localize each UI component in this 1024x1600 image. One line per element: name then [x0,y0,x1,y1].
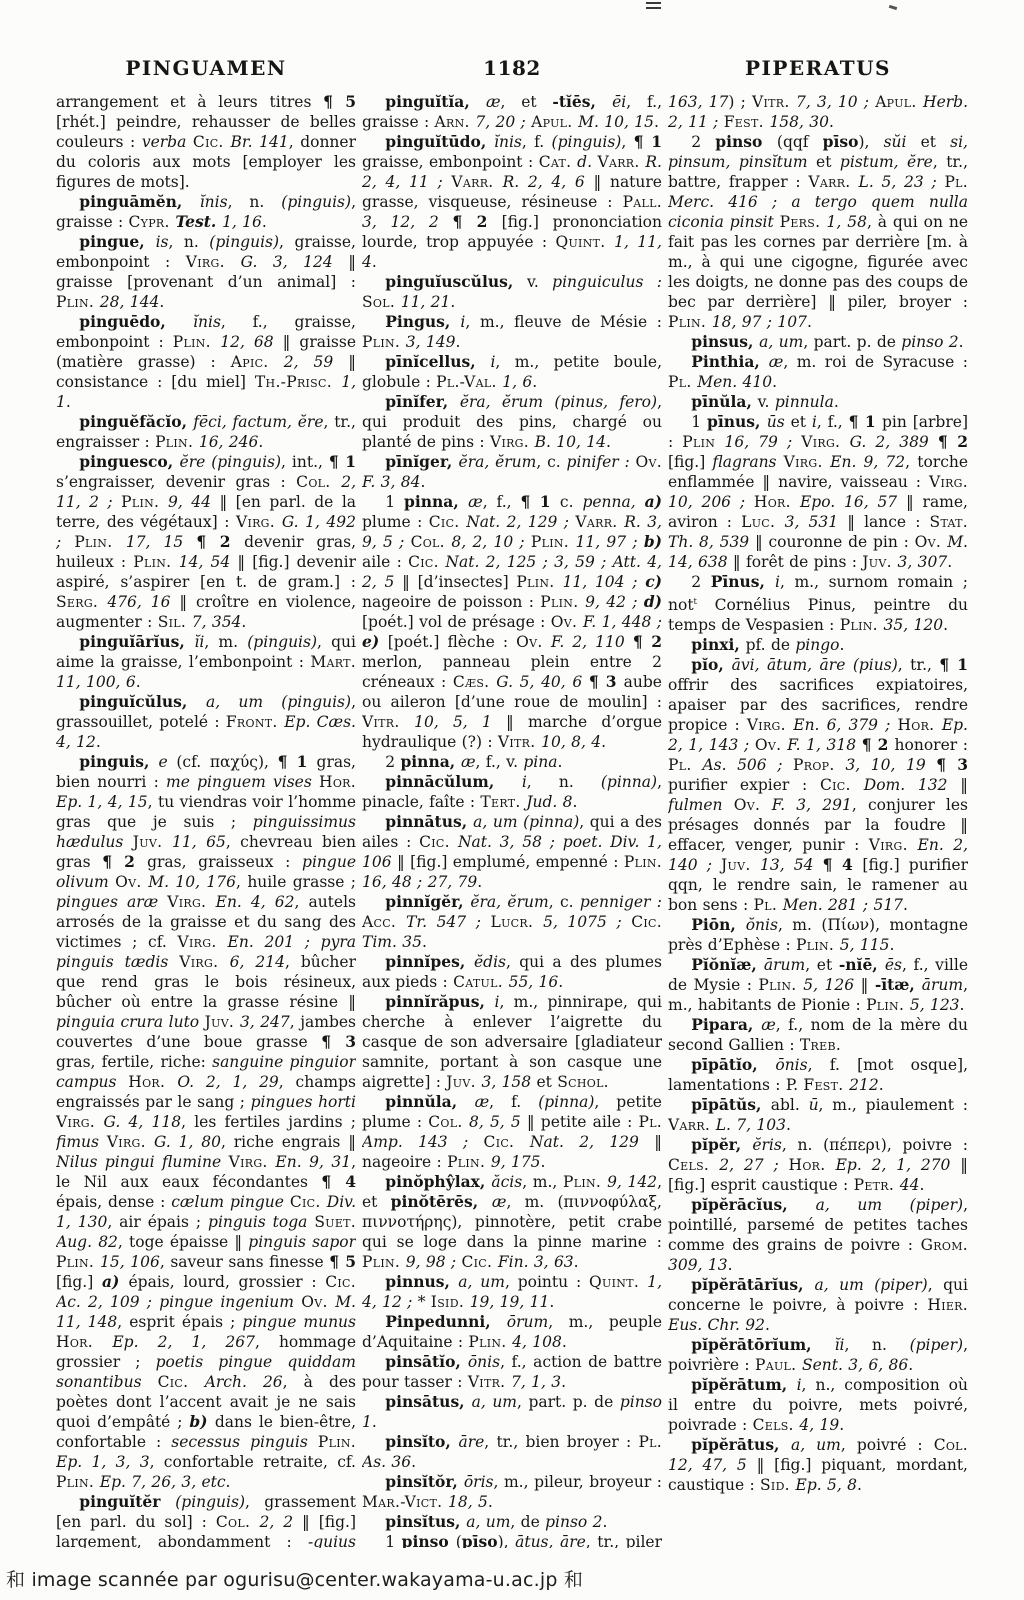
text-run: , riche engrais ‖ [221,1133,356,1151]
text-run: Ep. 7, 26, 3, etc. [100,1473,231,1491]
text-run: , f., [817,413,849,431]
text-run: Pinpedunni, [385,1312,507,1331]
text-run: fēci, factum, ĕre [193,413,323,431]
text-run: Pl. [668,756,702,774]
text-run: graisse, embonpoint : [362,153,539,171]
text-run: 8, 2, 10 ; [451,533,530,551]
text-run: 5, 126 [803,976,854,994]
text-run: . [834,393,839,411]
text-run: . [549,1293,554,1311]
text-run: . [601,733,606,751]
text-run: Plin. [362,333,406,351]
text-run: (pinguis) [247,633,317,651]
entry-paragraph: pinguĭārĭus, ĭi, m. (pinguis), qui aime … [56,632,356,692]
text-run: pinnŭla, [385,1092,474,1111]
text-run: pinsātus, [385,1392,471,1411]
text-run: 35, 120 [884,616,944,634]
text-run: Pĭŏnĭæ, [691,955,764,974]
text-run: M. 10, 15 [578,113,654,131]
text-run: 3, 12, 2 [362,213,453,231]
text-run: pingue munus [242,1313,356,1331]
text-run: . [606,433,611,451]
text-run: v. [758,393,775,411]
text-run: Hier. [927,1296,968,1314]
text-run: Cels. [753,1416,800,1434]
entry-paragraph: 1 pinna, æ, f., ¶ 1 c. penna, a) plume :… [362,492,662,752]
entry-paragraph: pīnĭfer, ĕra, ĕrum (pinus, fero), qui pr… [362,392,662,452]
entry-paragraph: pīnĭcellus, i, m., petite boule, globule… [362,352,662,392]
text-run: 11, 21 [401,293,451,311]
entry-paragraph: pĭpĕrātārĭus, a, um (piper), qui concern… [668,1275,968,1335]
text-run: Pl.-Val. [436,373,502,391]
text-run: ū [809,1096,819,1114]
text-run: Ep. 2, 1, 267 [112,1333,255,1351]
text-run: Ep. 1, 4, 15 [56,793,148,811]
text-run: 16, 246 [199,433,259,451]
text-run: 1, 6 [502,373,532,391]
text-run: Sil. [158,613,192,631]
text-run: ăcis [491,1173,522,1191]
text-run: pinguis sapor [248,1233,356,1251]
text-run: Ov. [734,796,772,814]
text-run: æ [475,1093,490,1111]
text-run: Cic. [193,133,231,151]
scan-artifact [646,2,661,4]
text-run: Apul. [875,93,923,111]
text-run: Pl. [754,896,783,914]
text-run: Virg. [236,513,282,531]
text-run: plume : [362,513,429,531]
text-run: pĭpĕrātōrĭum, [691,1335,834,1354]
text-run: 3, 149 [406,333,456,351]
text-run: -tĭēs, [552,92,612,111]
text-run: -ītæ, [875,975,922,994]
text-run: pinsus, [691,332,759,351]
entry-paragraph: pinnĭpes, ĕdis, qui a des plumes aux pie… [362,952,662,992]
text-run: . [411,1453,416,1471]
text-run: O. 2, 1, 29 [177,1073,278,1091]
entry-paragraph: pinguĭtĭa, æ, et -tĭēs, ēi, f., graisse … [362,92,662,132]
text-run: 3, 10, 19 [845,756,936,774]
text-run: 14, 54 [179,553,230,571]
text-run: (piper) [910,1336,963,1354]
text-run: 3, 531 [785,513,838,531]
text-run: Plin [682,433,724,451]
text-run: ¶ 1 [634,132,662,151]
entry-paragraph: pīnŭla, v. pinnula. [668,392,968,412]
text-run: Tert. [480,793,526,811]
text-run: Virg. [929,473,968,491]
text-run: 18, 5 [448,1493,488,1511]
text-run: ‖ [fig.] emplumé, empenné : [392,853,624,871]
text-run: pinguĭcŭlus, [79,692,206,711]
text-run: 11, 100, 6 [56,673,136,691]
text-run: ¶ 3 [321,1032,356,1051]
text-run: , int., [281,453,329,471]
text-run: 9, 98 ; [406,1253,462,1271]
text-run: pinsĭtus, [385,1512,466,1531]
text-run: s’engraisser, devenir gras : [56,473,296,491]
text-run: Cypr. [129,213,176,231]
entry-paragraph: pĭpĕrātus, a, um, poivré : Col. 12, 47, … [668,1435,968,1495]
text-run: ¶ 2 [453,212,502,231]
text-run: 1 [691,413,707,431]
text-run: ¶ 4 [823,855,863,874]
text-run: . [532,373,537,391]
text-run: pinŏtērēs, [391,1192,492,1211]
text-run: Virg. [178,933,228,951]
text-run: Plin. [121,493,168,511]
text-run: 212 [849,1076,879,1094]
text-run: . [262,213,267,231]
text-run: . [908,1356,913,1374]
text-run: 10, 206 ; [668,493,754,511]
text-run: G. 4, 118 [104,1113,182,1131]
text-run: . [857,1476,862,1494]
text-run: Test. [175,212,222,231]
text-run: Hor. [56,1333,112,1351]
text-run: 5, 123 [910,996,960,1014]
text-run: ĕre (pinguis) [180,453,282,471]
text-run: pinnĭgĕr, [385,892,470,911]
text-run: Virg. [107,1133,154,1151]
text-run: . [96,733,101,751]
text-run: . [372,1413,377,1431]
text-run: ¶ 2 [196,532,244,551]
text-run: 1, 58 [827,213,867,231]
text-run: Suet. [314,1213,356,1231]
text-run: . [765,1316,770,1334]
text-run: pinguēdo, [79,312,193,331]
entry-paragraph: Pinpedunni, ōrum, m., peuple d’Aquitaine… [362,1312,662,1352]
text-run: 5, 115 [840,936,890,954]
entry-paragraph: pinsĭtŏr, ōris, m., pileur, broyeur : Ma… [362,1472,662,1512]
text-run: 10, 5, 1 [414,713,492,731]
text-run: pinguĭārĭus, [79,632,194,651]
text-run: ĭnis [200,193,228,211]
text-run: ĕris [752,1136,782,1154]
text-run: 1 [385,493,404,511]
text-run: , f., v. [476,753,524,771]
text-run: Stat. [930,513,968,531]
text-run: Plin. [74,533,126,551]
text-run: 9, 42 ; [585,593,644,611]
text-run: . [602,1513,607,1531]
entry-paragraph: pīnĭger, ĕra, ĕrum, c. pinifer : Ov. F. … [362,452,662,492]
text-run: Fin. 3, 63 [498,1253,574,1271]
text-run: Ov. [516,633,551,651]
text-run: . [772,373,777,391]
text-run: 4, 108 [512,1333,562,1351]
text-run: pinnula [775,393,834,411]
text-run: Virg. [869,836,918,854]
text-run: Pers. [780,213,827,231]
text-run: -guius [308,1533,356,1548]
text-run: pīso [823,132,859,151]
text-run: pīnŭla, [691,392,757,411]
text-run: pinsĭto, [385,1432,458,1451]
text-run: 9, 175 [491,1153,541,1171]
text-run: Virg. [490,433,535,451]
entry-paragraph: pīpātŭs, abl. ū, m., piaulement : Varr. … [668,1095,968,1135]
text-run: Cat. [539,153,577,171]
text-run: æ [461,753,476,771]
text-run: Paul. [755,1356,802,1374]
text-run: Plin. [563,1173,607,1191]
text-run: Ep. 5, 8 [796,1476,857,1494]
text-run: 11, 97 ; [576,533,644,551]
text-run: (qqf [777,133,823,151]
running-head-right: PIPERATUS [668,56,968,80]
text-run: ¶ 3 [936,755,968,774]
text-run: . [786,1116,791,1134]
text-run: 9, 44 [168,493,211,511]
text-run: a, um (pinguis) [206,693,351,711]
text-run: Plin. [516,573,562,591]
scan-artifact [889,5,898,10]
text-run: ¶ 4 [321,1172,356,1191]
text-run: , poivré : [841,1436,934,1454]
text-run: d) [644,592,662,611]
text-run: ātus, āre [515,1533,586,1548]
text-run: Ov. [636,453,662,471]
text-run: æ [492,1193,507,1211]
text-run: Plin. [796,936,840,954]
text-run: Sid. [760,1476,796,1494]
text-run: Varr. [668,1116,716,1134]
entry-paragraph: Pingus, i, m., fleuve de Mésie : Plin. 3… [362,312,662,352]
text-run: , n. (πέπερι), poivre : [782,1136,968,1154]
text-run: ĭi [835,1336,845,1354]
text-run: Ov. [551,613,583,631]
text-run: Nilus pingui flumine [56,1153,229,1171]
text-run: ¶ 5 [329,1252,356,1271]
text-run: ¶ 2 [633,632,662,651]
text-run: abl. [771,1096,809,1114]
text-run: M. 10, 176 [148,873,236,891]
text-run: Serg. [56,593,107,611]
entry-paragraph: pĭpĕrātōrĭum, ĭi, n. (piper), poivrière … [668,1335,968,1375]
text-run: 1, 16 [222,213,262,231]
text-run: 158, 30 [769,113,829,131]
text-run: Cic. [408,553,445,571]
text-run: -nĭē, [839,955,885,974]
text-run: Petr. [854,1176,900,1194]
text-run: 15, 106 [100,1253,160,1271]
text-run: pinguesco, [79,452,179,471]
text-run: [poét.] flèche : [388,633,516,651]
text-run: , [621,133,633,151]
text-run: pinso [402,1532,456,1548]
text-run: Acc. [362,913,406,931]
text-run: ōrum [507,1313,548,1331]
text-run: . [455,333,460,351]
text-run: pinguis toga [208,1213,314,1231]
text-run: . [258,433,263,451]
text-run: pīnĭcellus, [385,352,490,371]
text-run: ĕra, ĕrum [470,893,548,911]
text-run: , pointu : [505,1273,589,1291]
text-run: pinguia crura luto [56,1013,205,1031]
text-run: ¶ 1 [521,492,560,511]
text-run: pinsĭtŏr, [385,1472,464,1491]
text-run: arrangement et à leurs titres [56,93,323,111]
text-run: purifier expier : [668,776,820,794]
text-run: (pinguis) [281,193,351,211]
text-run: , et [805,956,839,974]
text-run: a) [645,492,662,511]
text-run: pinnātus, [385,812,473,831]
text-run: e) [362,632,388,651]
entry-paragraph: pinguĭcŭlus, a, um (pinguis), grassouill… [56,692,356,752]
text-run: , huile grasse ; [236,873,356,891]
text-run: G. 3, 124 [241,253,333,271]
entry-paragraph: 2 pinna, æ, f., v. pina. [362,752,662,772]
text-run: pĭpĕrātus, [691,1435,791,1454]
dictionary-column-3: 163, 17) ; Vitr. 7, 3, 10 ; Apul. Herb. … [668,92,968,1548]
text-run: pīnĭfer, [385,392,460,411]
text-run: , n. [527,773,601,791]
text-run: ĕra, ĕrum [459,453,537,471]
text-run: 7, 354 [192,613,242,631]
text-run: . [839,1416,844,1434]
dictionary-column-2: pinguĭtĭa, æ, et -tĭēs, ēi, f., graisse … [362,92,662,1548]
text-run: . [562,1333,567,1351]
text-run: ‖ [d’insectes] [394,573,516,591]
text-run: [fig.] [668,453,712,471]
text-run: , de [510,1513,545,1531]
text-run: Sent. 3, 6, 86 [802,1356,908,1374]
text-run: . [959,333,964,351]
text-run: . [890,936,895,954]
text-run: 163, 17 [668,93,728,111]
text-run: Cic. [419,833,458,851]
text-run: Col. [411,533,452,551]
text-columns: arrangement et à leurs titres ¶ 5 [rhét.… [56,92,968,1548]
text-run: fulmen [668,796,734,814]
text-run: d. [577,153,597,171]
text-run: Ov. [115,873,148,891]
text-run: pinguĭuscŭlus, [385,272,527,291]
entry-paragraph: pinguēdo, ĭnis, f., graisse, embonpoint … [56,312,356,412]
text-run: ¶ 2 [102,852,147,871]
text-run: En. 6, 379 ; [793,716,897,734]
text-run: Juv. [205,1013,240,1031]
text-run: Plin. [668,313,712,331]
text-run: pinnācŭlum, [385,772,522,791]
text-run: Plin. [531,533,576,551]
text-run: ārum [764,956,805,974]
text-run: 28, 144 [100,293,160,311]
text-run: Varr. [597,153,645,171]
text-run: 9, 142 [607,1173,657,1191]
text-run: Plin. [133,553,179,571]
text-run: Arch. 26 [205,1373,283,1391]
text-run: 19, 19, 11 [470,1293,550,1311]
text-run: pīpātĭo, [691,1055,775,1074]
text-run: ‖ [948,776,968,794]
text-run: Virg. [747,716,793,734]
text-run: , f. [489,1093,538,1111]
text-run: ¶ 1 [849,412,882,431]
text-run: Cic. [461,1253,497,1271]
text-run: et [785,413,812,431]
text-run: 17, 15 [126,533,197,551]
text-run: pinnĭpes, [385,952,474,971]
text-run: . [840,636,845,654]
text-run: (pinguis) [209,233,279,251]
text-run: 3, 158 [481,1073,531,1091]
text-run: , et [501,93,553,111]
text-run: , m., piaulement : [819,1096,968,1114]
text-run: a, um [458,1273,505,1291]
entry-paragraph: Piōn, ŏnis, m. (Πίων), montagne près d’E… [668,915,968,955]
text-run: G. 5, 40, 6 [496,673,589,691]
text-run: Varr. [808,173,858,191]
text-run: Pīnus, [711,572,775,591]
text-run: , saveur sans finesse [160,1253,329,1271]
text-run: b) [644,532,662,551]
text-run: pinna, [400,752,461,771]
text-run: Br. 141 [231,133,289,151]
text-run: Ov. [301,1293,335,1311]
text-run: Cic. [484,1133,530,1151]
text-run: As. 506 ; [702,756,793,774]
text-run: pīnus, [707,412,767,431]
text-run: Cic. [429,513,466,531]
text-run: æ [769,353,784,371]
text-run: Mart. [310,653,356,671]
text-run: . [829,113,834,131]
text-run: . [422,933,427,951]
text-run: Quint. [555,233,614,251]
text-run: a, um (piper) [814,1276,927,1294]
text-run: épais, lourd, grossier : [129,1273,326,1291]
text-run: (cf. παχύς), [168,753,278,771]
text-run: , m. roi de Syracuse : [783,353,968,371]
text-run: Treb. [800,1036,841,1054]
text-run: sŭi [884,133,907,151]
text-run: Front. [226,713,284,731]
entry-paragraph: pinsĭto, āre, tr., bien broyer : Pl. As.… [362,1432,662,1472]
text-run: Ep. 1, 3, 3 [56,1453,150,1471]
text-run: Virg. [784,453,830,471]
text-run: Cic. [820,776,864,794]
text-run: pinguĕfăcĭo, [79,412,193,431]
text-run: ĕdis [474,953,506,971]
text-run: , les fertiles jardins ; [181,1113,356,1131]
text-run: Plin. [56,1473,100,1491]
text-run: , n. [168,233,209,251]
text-run: . [136,673,141,691]
text-run: ¶ 1 [329,452,356,471]
text-run: pina [523,753,557,771]
entry-paragraph: pĭpĕrātum, i, n., composition où il entr… [668,1375,968,1435]
text-run: . [372,253,377,271]
text-run: Col. [934,1436,968,1454]
text-run: ), [498,1533,516,1548]
text-run: Arn. [435,113,476,131]
text-run: 5, 1075 ; [543,913,631,931]
text-run: . [241,613,246,631]
text-run: pīpātŭs, [691,1095,770,1114]
text-run: pinxi, [691,635,745,654]
text-run: Juv. [721,856,760,874]
entry-paragraph: Pĭŏnĭæ, ārum, et -nĭē, ēs, f., ville de … [668,955,968,1015]
text-run: ‖ couronne de pin : [749,533,914,551]
text-run: nageoire de poisson : [362,593,540,611]
text-run: Apul. [531,113,578,131]
